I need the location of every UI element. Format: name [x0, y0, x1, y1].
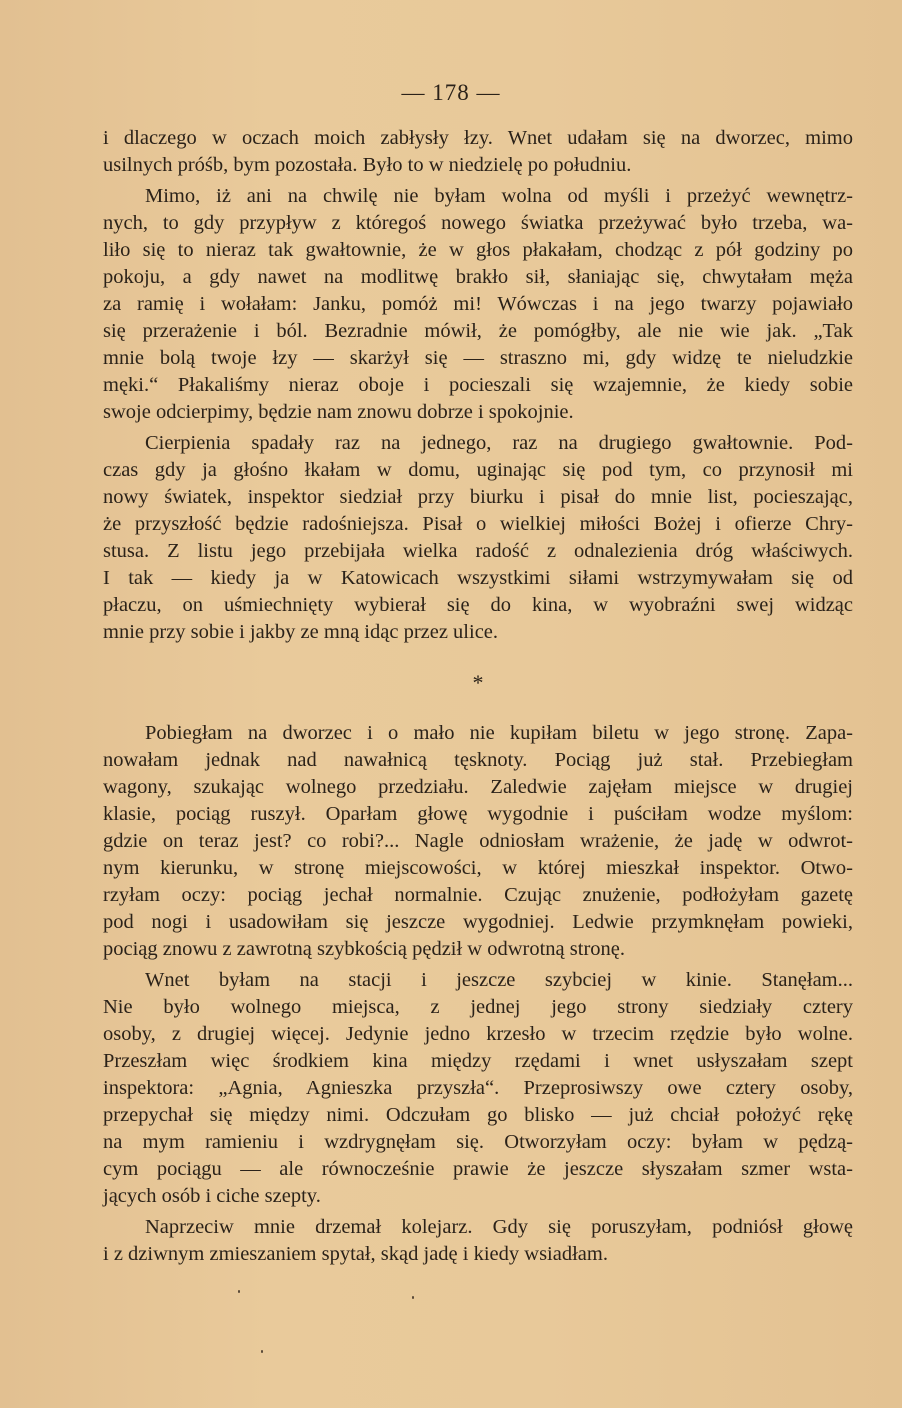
- text-line: cym pociągu — ale równocześnie prawie że…: [103, 1156, 853, 1183]
- paragraph: i dlaczego w oczach moich zabłysły łzy. …: [103, 125, 853, 179]
- text-line: stusa. Z listu jego przebijała wielka ra…: [103, 538, 853, 565]
- text-line: płaczu, on uśmiechnięty wybierał się do …: [103, 592, 853, 619]
- text-line: Wnet byłam na stacji i jeszcze szybciej …: [103, 967, 853, 994]
- text-line: czas gdy ja głośno łkałam w domu, uginaj…: [103, 457, 853, 484]
- section-after-separator: Pobiegłam na dworzec i o mało nie kupiła…: [103, 720, 853, 1268]
- paragraph: Cierpienia spadały raz na jednego, raz n…: [103, 430, 853, 646]
- text-line: Przeszłam więc środkiem kina między rzęd…: [103, 1048, 853, 1075]
- text-line: nowałam jednak nad nawałnicą tęsknoty. P…: [103, 747, 853, 774]
- paper-speck: [412, 1296, 414, 1299]
- text-line: przepychał się między nimi. Odczułam go …: [103, 1102, 853, 1129]
- text-line: pod nogi i usadowiłam się jeszcze wygodn…: [103, 909, 853, 936]
- text-line: I tak — kiedy ja w Katowicach wszystkimi…: [103, 565, 853, 592]
- text-line: i dlaczego w oczach moich zabłysły łzy. …: [103, 125, 853, 152]
- text-line: usilnych próśb, bym pozostała. Było to w…: [103, 152, 853, 179]
- page-number: — 178 —: [0, 80, 902, 106]
- paragraph: Wnet byłam na stacji i jeszcze szybciej …: [103, 967, 853, 1210]
- text-line: Naprzeciw mnie drzemał kolejarz. Gdy się…: [103, 1214, 853, 1241]
- text-line: swoje odcierpimy, będzie nam znowu dobrz…: [103, 399, 853, 426]
- text-line: za ramię i wołałam: Janku, pomóż mi! Wów…: [103, 291, 853, 318]
- paragraph: Naprzeciw mnie drzemał kolejarz. Gdy się…: [103, 1214, 853, 1268]
- section-separator-asterisk: *: [103, 650, 853, 720]
- text-line: rzyłam oczy: pociąg jechał normalnie. Cz…: [103, 882, 853, 909]
- text-line: osoby, z drugiej więcej. Jedynie jedno k…: [103, 1021, 853, 1048]
- text-line: wagony, szukając wolnego przedziału. Zal…: [103, 774, 853, 801]
- text-line: jących osób i ciche szepty.: [103, 1183, 853, 1210]
- text-line: Pobiegłam na dworzec i o mało nie kupiła…: [103, 720, 853, 747]
- text-line: pociąg znowu z zawrotną szybkością pędzi…: [103, 936, 853, 963]
- paragraph: Pobiegłam na dworzec i o mało nie kupiła…: [103, 720, 853, 963]
- text-line: na mym ramieniu i wzdrygnęłam się. Otwor…: [103, 1129, 853, 1156]
- text-line: nych, to gdy przypływ z któregoś nowego …: [103, 210, 853, 237]
- text-line: Mimo, iż ani na chwilę nie byłam wolna o…: [103, 183, 853, 210]
- paper-speck: [261, 1350, 263, 1353]
- text-line: męki.“ Płakaliśmy nieraz oboje i pociesz…: [103, 372, 853, 399]
- text-line: się przerażenie i ból. Bezradnie mówił, …: [103, 318, 853, 345]
- paper-speck: [238, 1290, 240, 1293]
- body-text: i dlaczego w oczach moich zabłysły łzy. …: [103, 125, 853, 1272]
- text-line: nowy światek, inspektor siedział przy bi…: [103, 484, 853, 511]
- text-line: inspektora: „Agnia, Agnieszka przyszła“.…: [103, 1075, 853, 1102]
- text-line: że przyszłość będzie radośniejsza. Pisał…: [103, 511, 853, 538]
- text-line: Cierpienia spadały raz na jednego, raz n…: [103, 430, 853, 457]
- section-before-separator: i dlaczego w oczach moich zabłysły łzy. …: [103, 125, 853, 646]
- text-line: i z dziwnym zmieszaniem spytał, skąd jad…: [103, 1241, 853, 1268]
- text-line: Nie było wolnego miejsca, z jednej jego …: [103, 994, 853, 1021]
- text-line: mnie przy sobie i jakby ze mną idąc prze…: [103, 619, 853, 646]
- text-line: gdzie on teraz jest? co robi?... Nagle o…: [103, 828, 853, 855]
- text-line: liło się to nieraz tak gwałtownie, że w …: [103, 237, 853, 264]
- text-line: klasie, pociąg ruszył. Oparłam głowę wyg…: [103, 801, 853, 828]
- text-line: pokoju, a gdy nawet na modlitwę brakło s…: [103, 264, 853, 291]
- text-line: nym kierunku, w stronę miejscowości, w k…: [103, 855, 853, 882]
- paragraph: Mimo, iż ani na chwilę nie byłam wolna o…: [103, 183, 853, 426]
- text-line: mnie bolą twoje łzy — skarżył się — stra…: [103, 345, 853, 372]
